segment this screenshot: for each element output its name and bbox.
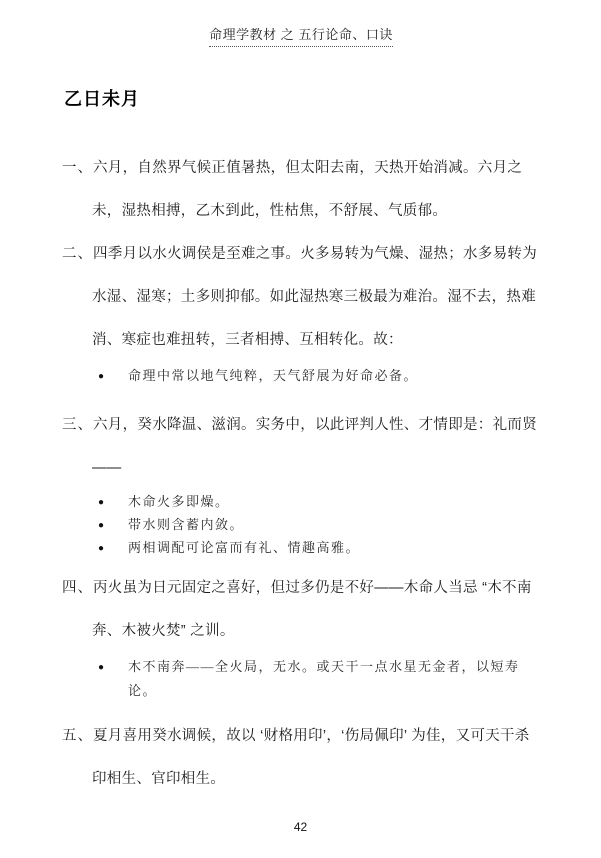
bullet-text: 两相调配可论富而有礼、情趣高雅。 (128, 536, 360, 559)
paragraph-4-text: 丙火虽为日元固定之喜好，但过多仍是不好——木命人当忌 “木不南奔、木被火焚” 之… (92, 580, 532, 639)
bullet-text: 木命火多即燥。 (128, 490, 230, 513)
paragraph-3-text: 六月，癸水降温、滋润。实务中，以此评判人性、才情即是：礼而贤—— (92, 417, 537, 476)
page-number: 42 (294, 820, 307, 834)
bullet-text: 带水则含蓄内敛。 (128, 513, 244, 536)
paragraph-1: 一、六月，自然界气候正值暑热，但太阳去南，天热开始消减。六月之未，湿热相搏，乙木… (62, 147, 540, 233)
paragraph-2-text: 四季月以水火调侯是至难之事。火多易转为气燥、湿热；水多易转为水湿、湿寒；土多则抑… (92, 246, 537, 348)
bullet-list-after-paragraph-2: ● 命理中常以地气纯粹，天气舒展为好命必备。 (98, 364, 540, 388)
bullet-item: ● 命理中常以地气纯粹，天气舒展为好命必备。 (98, 364, 540, 388)
bullet-item: ● 木命火多即燥。 (98, 490, 540, 513)
paragraph-2: 二、四季月以水火调侯是至难之事。火多易转为气燥、湿热；水多易转为水湿、湿寒；土多… (62, 233, 540, 362)
bullet-text: 命理中常以地气纯粹，天气舒展为好命必备。 (128, 364, 418, 388)
paragraph-4: 四、丙火虽为日元固定之喜好，但过多仍是不好——木命人当忌 “木不南奔、木被火焚”… (62, 567, 540, 653)
paragraph-2-number: 二、 (62, 246, 93, 262)
bullet-icon: ● (98, 537, 128, 560)
bullet-list-after-paragraph-3: ● 木命火多即燥。 ● 带水则含蓄内敛。 ● 两相调配可论富而有礼、情趣高雅。 (98, 490, 540, 559)
bullet-list-after-paragraph-4: ● 木不南奔——全火局，无水。或天干一点水星无金者，以短寿论。 (98, 655, 540, 703)
paragraph-5: 五、夏月喜用癸水调候，故以 ‘财格用印’，‘伤局佩印’ 为佳，又可天干杀印相生、… (62, 715, 540, 801)
paragraph-3: 三、六月，癸水降温、滋润。实务中，以此评判人性、才情即是：礼而贤—— (62, 404, 540, 490)
paragraph-4-number: 四、 (62, 580, 93, 596)
paragraph-3-number: 三、 (62, 417, 93, 433)
bullet-icon: ● (98, 365, 128, 389)
paragraph-1-text: 六月，自然界气候正值暑热，但太阳去南，天热开始消减。六月之未，湿热相搏，乙木到此… (92, 160, 522, 219)
bullet-item: ● 木不南奔——全火局，无水。或天干一点水星无金者，以短寿论。 (98, 655, 540, 703)
page-header: 命理学教材 之 五行论命、口诀 (62, 26, 540, 47)
bullet-icon: ● (98, 514, 128, 537)
bullet-item: ● 两相调配可论富而有礼、情趣高雅。 (98, 536, 540, 559)
paragraph-1-number: 一、 (62, 160, 93, 176)
paragraph-5-number: 五、 (62, 728, 93, 744)
bullet-icon: ● (98, 491, 128, 514)
page-footer: 42 (0, 820, 601, 834)
bullet-item: ● 带水则含蓄内敛。 (98, 513, 540, 536)
bullet-text: 木不南奔——全火局，无水。或天干一点水星无金者，以短寿论。 (128, 655, 540, 703)
bullet-icon: ● (98, 656, 128, 680)
header-title: 命理学教材 之 五行论命、口诀 (209, 26, 393, 47)
document-title: 乙日未月 (64, 85, 540, 111)
document-page: 命理学教材 之 五行论命、口诀 乙日未月 一、六月，自然界气候正值暑热，但太阳去… (0, 0, 601, 858)
paragraph-5-text: 夏月喜用癸水调候，故以 ‘财格用印’，‘伤局佩印’ 为佳，又可天干杀印相生、官印… (92, 728, 530, 787)
